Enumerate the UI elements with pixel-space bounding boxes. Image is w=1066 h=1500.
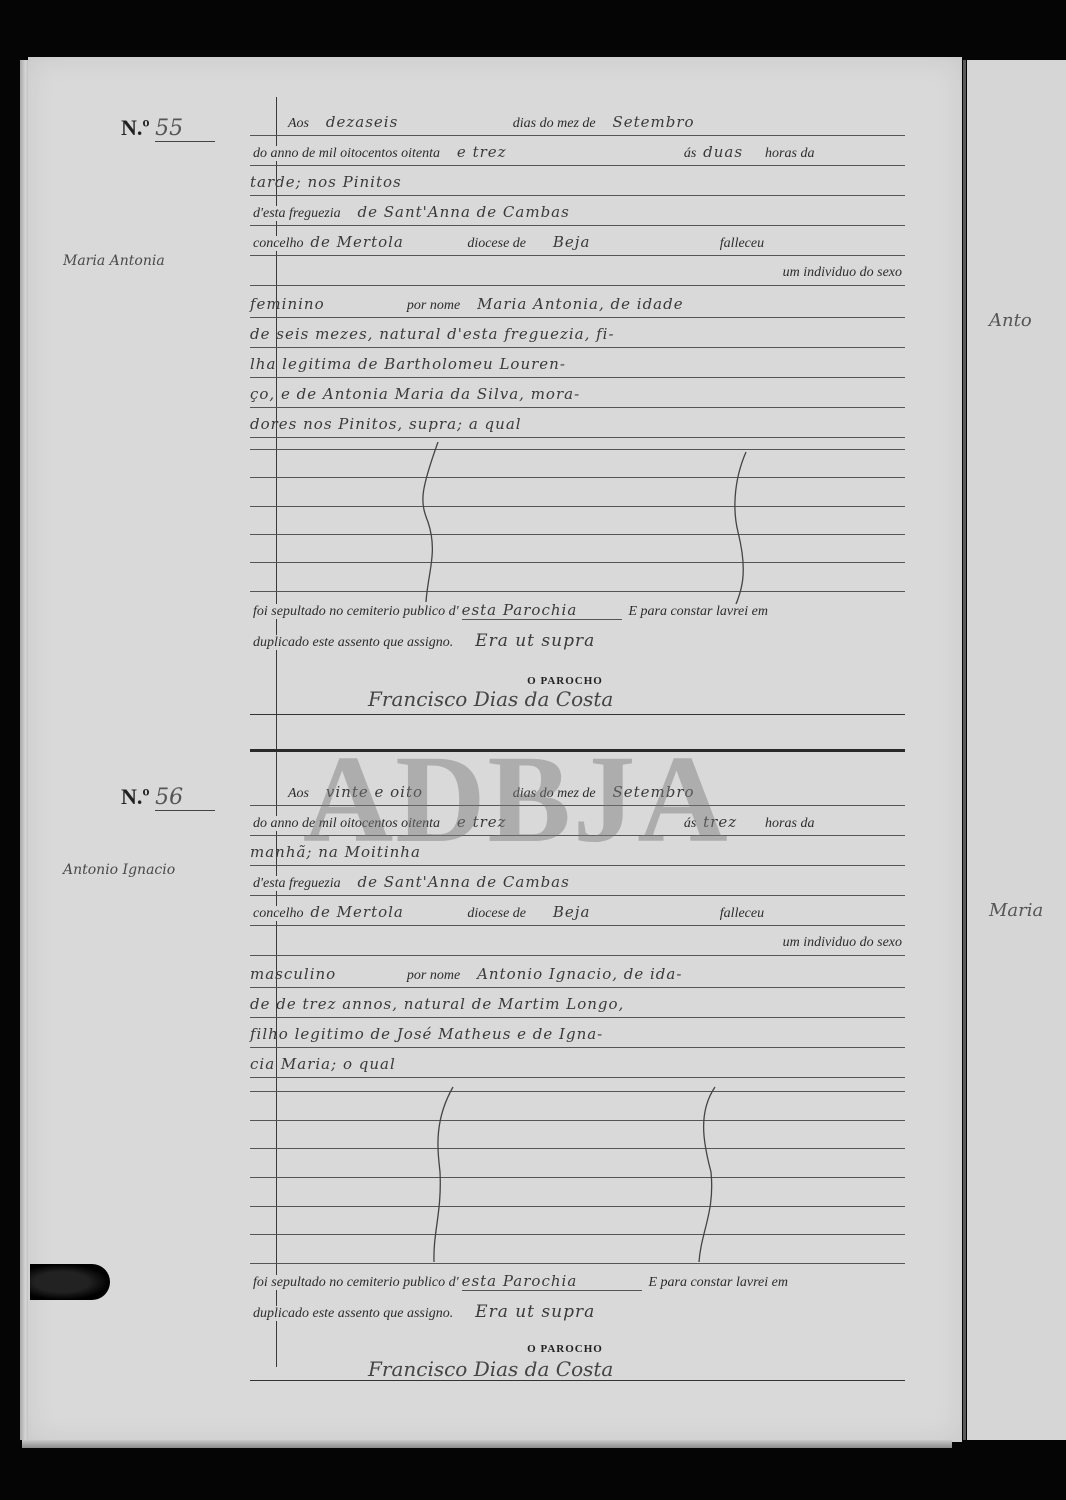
binding-clip [30,1264,110,1300]
blank-rule [250,1206,905,1207]
blank-rule [250,562,905,563]
entry-line-sepultado: foi sepultado no cemiterio publico d'est… [250,1272,905,1294]
entry-line-freguezia: d'esta freguezia de Sant'Anna de Cambas [250,873,905,896]
entry-number: N.º 55 [121,115,215,142]
strike-brace-left [418,442,448,602]
blank-rule [250,1148,905,1149]
signature: Francisco Dias da Costa [368,1357,613,1381]
entry-line-concelho: concelho de Mertola diocese de Beja fall… [250,903,905,926]
book-gutter [963,60,966,1440]
signature: Francisco Dias da Costa [368,687,613,711]
facing-page-note: Anto [989,310,1032,331]
blank-rule [250,1177,905,1178]
strike-brace-right [693,1082,723,1262]
blank-rule [250,1120,905,1121]
facing-page: Anto Maria [967,60,1066,1440]
entry-number: N.º 56 [121,784,215,811]
entry-line-individuo: um individuo do sexo [250,933,905,956]
register-page: N.º 55 Maria Antonia Aos dezaseis dias d… [28,57,962,1442]
parocho-label: O PAROCHO [28,675,962,687]
blank-rule [250,1263,905,1264]
blank-rule [250,449,905,450]
blank-rule [250,534,905,535]
blank-rule [250,1234,905,1235]
facing-page-note: Maria [989,900,1043,921]
entry-line-date: Aos dezaseis dias do mez de Setembro [250,113,905,136]
entry-separator [250,749,905,752]
page-edge-bottom [22,1440,952,1448]
entry-body-line: dores nos Pinitos, supra; a qual [250,415,905,438]
signature-line [250,1380,905,1381]
entry-line-date: Aos vinte e oito dias do mez de Setembro [250,783,905,806]
entry-line-sepultado: foi sepultado no cemiterio publico d'est… [250,601,905,623]
entry-line-freguezia: d'esta freguezia de Sant'Anna de Cambas [250,203,905,226]
margin-name: Antonio Ignacio [63,862,175,878]
entry-line-place: tarde; nos Pinitos [250,173,905,196]
entry-line-nome: feminino por nome Maria Antonia, de idad… [250,295,905,318]
parocho-label: O PAROCHO [28,1343,962,1355]
entry-line-individuo: um individuo do sexo [250,263,905,286]
signature-line [250,714,905,715]
entry-body-line: filho legitimo de José Matheus e de Igna… [250,1025,905,1048]
entry-line-year: do anno de mil oitocentos oitenta e trez… [250,143,905,166]
entry-line-concelho: concelho de Mertola diocese de Beja fall… [250,233,905,256]
blank-rule [250,477,905,478]
entry-body-line: de de trez annos, natural de Martim Long… [250,995,905,1018]
blank-rule [250,506,905,507]
blank-rule [250,591,905,592]
margin-name: Maria Antonia [63,253,165,269]
entry-body-line: de seis mezes, natural d'esta freguezia,… [250,325,905,348]
strike-brace-left [428,1082,458,1262]
entry-body-line: cia Maria; o qual [250,1055,905,1078]
entry-body-line: ço, e de Antonia Maria da Silva, mora- [250,385,905,408]
entry-body-line: lha legitima de Bartholomeu Louren- [250,355,905,378]
entry-line-duplicado: duplicado este assento que assigno. Era … [250,631,905,653]
entry-line-nome: masculino por nome Antonio Ignacio, de i… [250,965,905,988]
entry-line-year: do anno de mil oitocentos oitenta e trez… [250,813,905,836]
blank-rule [250,1091,905,1092]
entry-line-place: manhã; na Moitinha [250,843,905,866]
entry-line-duplicado: duplicado este assento que assigno. Era … [250,1302,905,1324]
strike-brace-right [728,442,758,617]
